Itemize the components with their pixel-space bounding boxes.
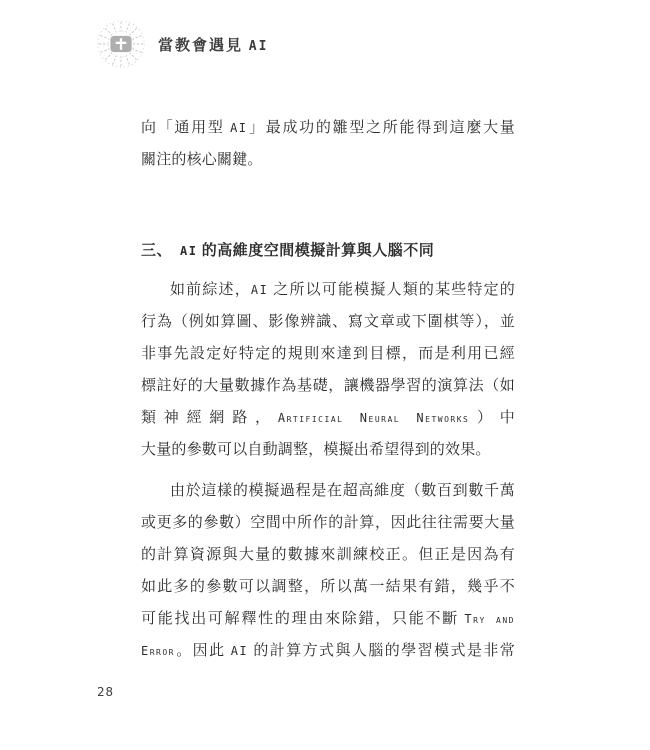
latin-text: Artificial Neural Networks bbox=[278, 411, 470, 425]
latin-text: Error bbox=[141, 644, 175, 658]
page-header: 當教會遇見 AI bbox=[95, 18, 268, 70]
latin-text: Try and bbox=[464, 612, 515, 626]
page-footer: 28 bbox=[97, 683, 114, 701]
section-heading: 三、 AI 的高維度空間模擬計算與人腦不同 bbox=[141, 235, 515, 267]
text-line: 標註好的大量數據作為基礎，讓機器學習的演算法（如 bbox=[141, 370, 515, 402]
text-line: 關注的核心關鍵。 bbox=[141, 144, 515, 176]
latin-text: AI bbox=[230, 121, 247, 135]
text-line: 行為（例如算圖、影像辨識、寫文章或下圍棋等），並 bbox=[141, 306, 515, 338]
body-paragraph-1: 如前綜述，AI 之所以可能模擬人類的某些特定的行為（例如算圖、影像辨識、寫文章或… bbox=[141, 274, 515, 466]
book-page: 當教會遇見 AI 向「通用型 AI」最成功的雛型之所能得到這麼大量關注的核心關鍵… bbox=[0, 0, 650, 750]
latin-text: AI bbox=[249, 39, 269, 54]
text-line: 類神經網路，Artificial Neural Networks）中 bbox=[141, 402, 515, 434]
text-line: 非事先設定好特定的規則來達到目標，而是利用已經 bbox=[141, 338, 515, 370]
latin-text: AI bbox=[251, 283, 268, 297]
text-line: 的計算資源與大量的數據來訓練校正。但正是因為有 bbox=[141, 539, 515, 571]
text-line: 或更多的參數）空間中所作的計算，因此往往需要大量 bbox=[141, 507, 515, 539]
body-paragraph-2: 由於這樣的模擬過程是在超高維度（數百到數千萬或更多的參數）空間中所作的計算，因此… bbox=[141, 475, 515, 667]
text-line: 大量的參數可以自動調整，模擬出希望得到的效果。 bbox=[141, 434, 515, 466]
latin-text: AI bbox=[231, 644, 248, 658]
latin-text: AI bbox=[180, 244, 197, 258]
intro-paragraph: 向「通用型 AI」最成功的雛型之所能得到這麼大量關注的核心關鍵。 bbox=[141, 112, 515, 176]
text-line: 向「通用型 AI」最成功的雛型之所能得到這麼大量 bbox=[141, 112, 515, 144]
text-line: 由於這樣的模擬過程是在超高維度（數百到數千萬 bbox=[141, 475, 515, 507]
text-line: 如前綜述，AI 之所以可能模擬人類的某些特定的 bbox=[141, 274, 515, 306]
text-line: 可能找出可解釋性的理由來除錯，只能不斷 Try and bbox=[141, 603, 515, 635]
book-title: 當教會遇見 AI bbox=[158, 34, 268, 55]
text-line: Error。因此 AI 的計算方式與人腦的學習模式是非常 bbox=[141, 635, 515, 667]
section-heading-text: 三、 AI 的高維度空間模擬計算與人腦不同 bbox=[141, 235, 515, 267]
page-number: 28 bbox=[97, 684, 114, 699]
cross-sunburst-logo-icon bbox=[95, 18, 147, 70]
text-line: 如此多的參數可以調整，所以萬一結果有錯，幾乎不 bbox=[141, 571, 515, 603]
